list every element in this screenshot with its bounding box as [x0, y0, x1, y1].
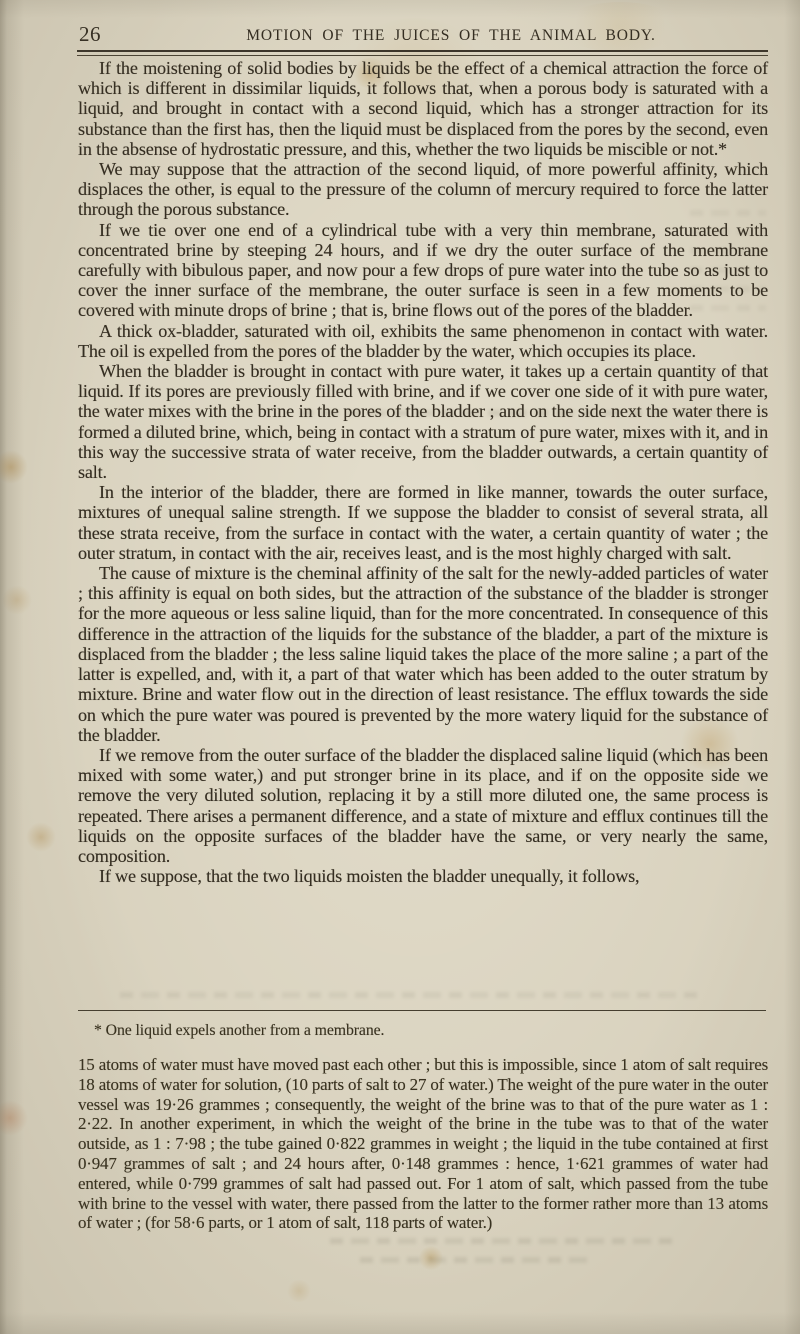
body-paragraph-9: If we suppose, that the two liquids mois… — [78, 866, 768, 886]
ink-bleed-through — [330, 1238, 680, 1257]
body-paragraph-2: We may suppose that the attraction of th… — [78, 159, 768, 220]
footnote-text: * One liquid expels another from a membr… — [78, 1022, 768, 1040]
header-double-rule — [77, 50, 768, 56]
footnote-separator-rule — [78, 1010, 766, 1011]
rule-thin — [77, 55, 768, 56]
ink-bleed-through — [360, 1257, 590, 1276]
age-stain — [0, 450, 28, 484]
body-paragraph-6: In the interior of the bladder, there ar… — [78, 482, 768, 563]
body-paragraph-3: If we tie over one end of a cylindrical … — [78, 220, 768, 321]
book-page-scan: 26 MOTION OF THE JUICES OF THE ANIMAL BO… — [0, 0, 800, 1334]
ink-bleed-through — [120, 992, 700, 1011]
page-body: If the moistening of solid bodies by liq… — [78, 58, 768, 886]
age-stain — [418, 1246, 444, 1270]
page-number: 26 — [79, 22, 101, 47]
body-paragraph-1: If the moistening of solid bodies by liq… — [78, 58, 768, 159]
running-title: MOTION OF THE JUICES OF THE ANIMAL BODY. — [102, 27, 800, 45]
age-stain — [0, 1100, 28, 1136]
age-stain — [26, 822, 56, 852]
footnote-continuation: 15 atoms of water must have moved past e… — [78, 1055, 768, 1233]
body-paragraph-5: When the bladder is brought in contact w… — [78, 361, 768, 482]
body-paragraph-4: A thick ox-bladder, saturated with oil, … — [78, 321, 768, 361]
age-stain — [286, 1280, 312, 1302]
rule-thick — [77, 50, 768, 52]
body-paragraph-7: The cause of mixture is the cheminal aff… — [78, 563, 768, 745]
age-stain — [2, 585, 32, 615]
body-paragraph-8: If we remove from the outer surface of t… — [78, 745, 768, 866]
